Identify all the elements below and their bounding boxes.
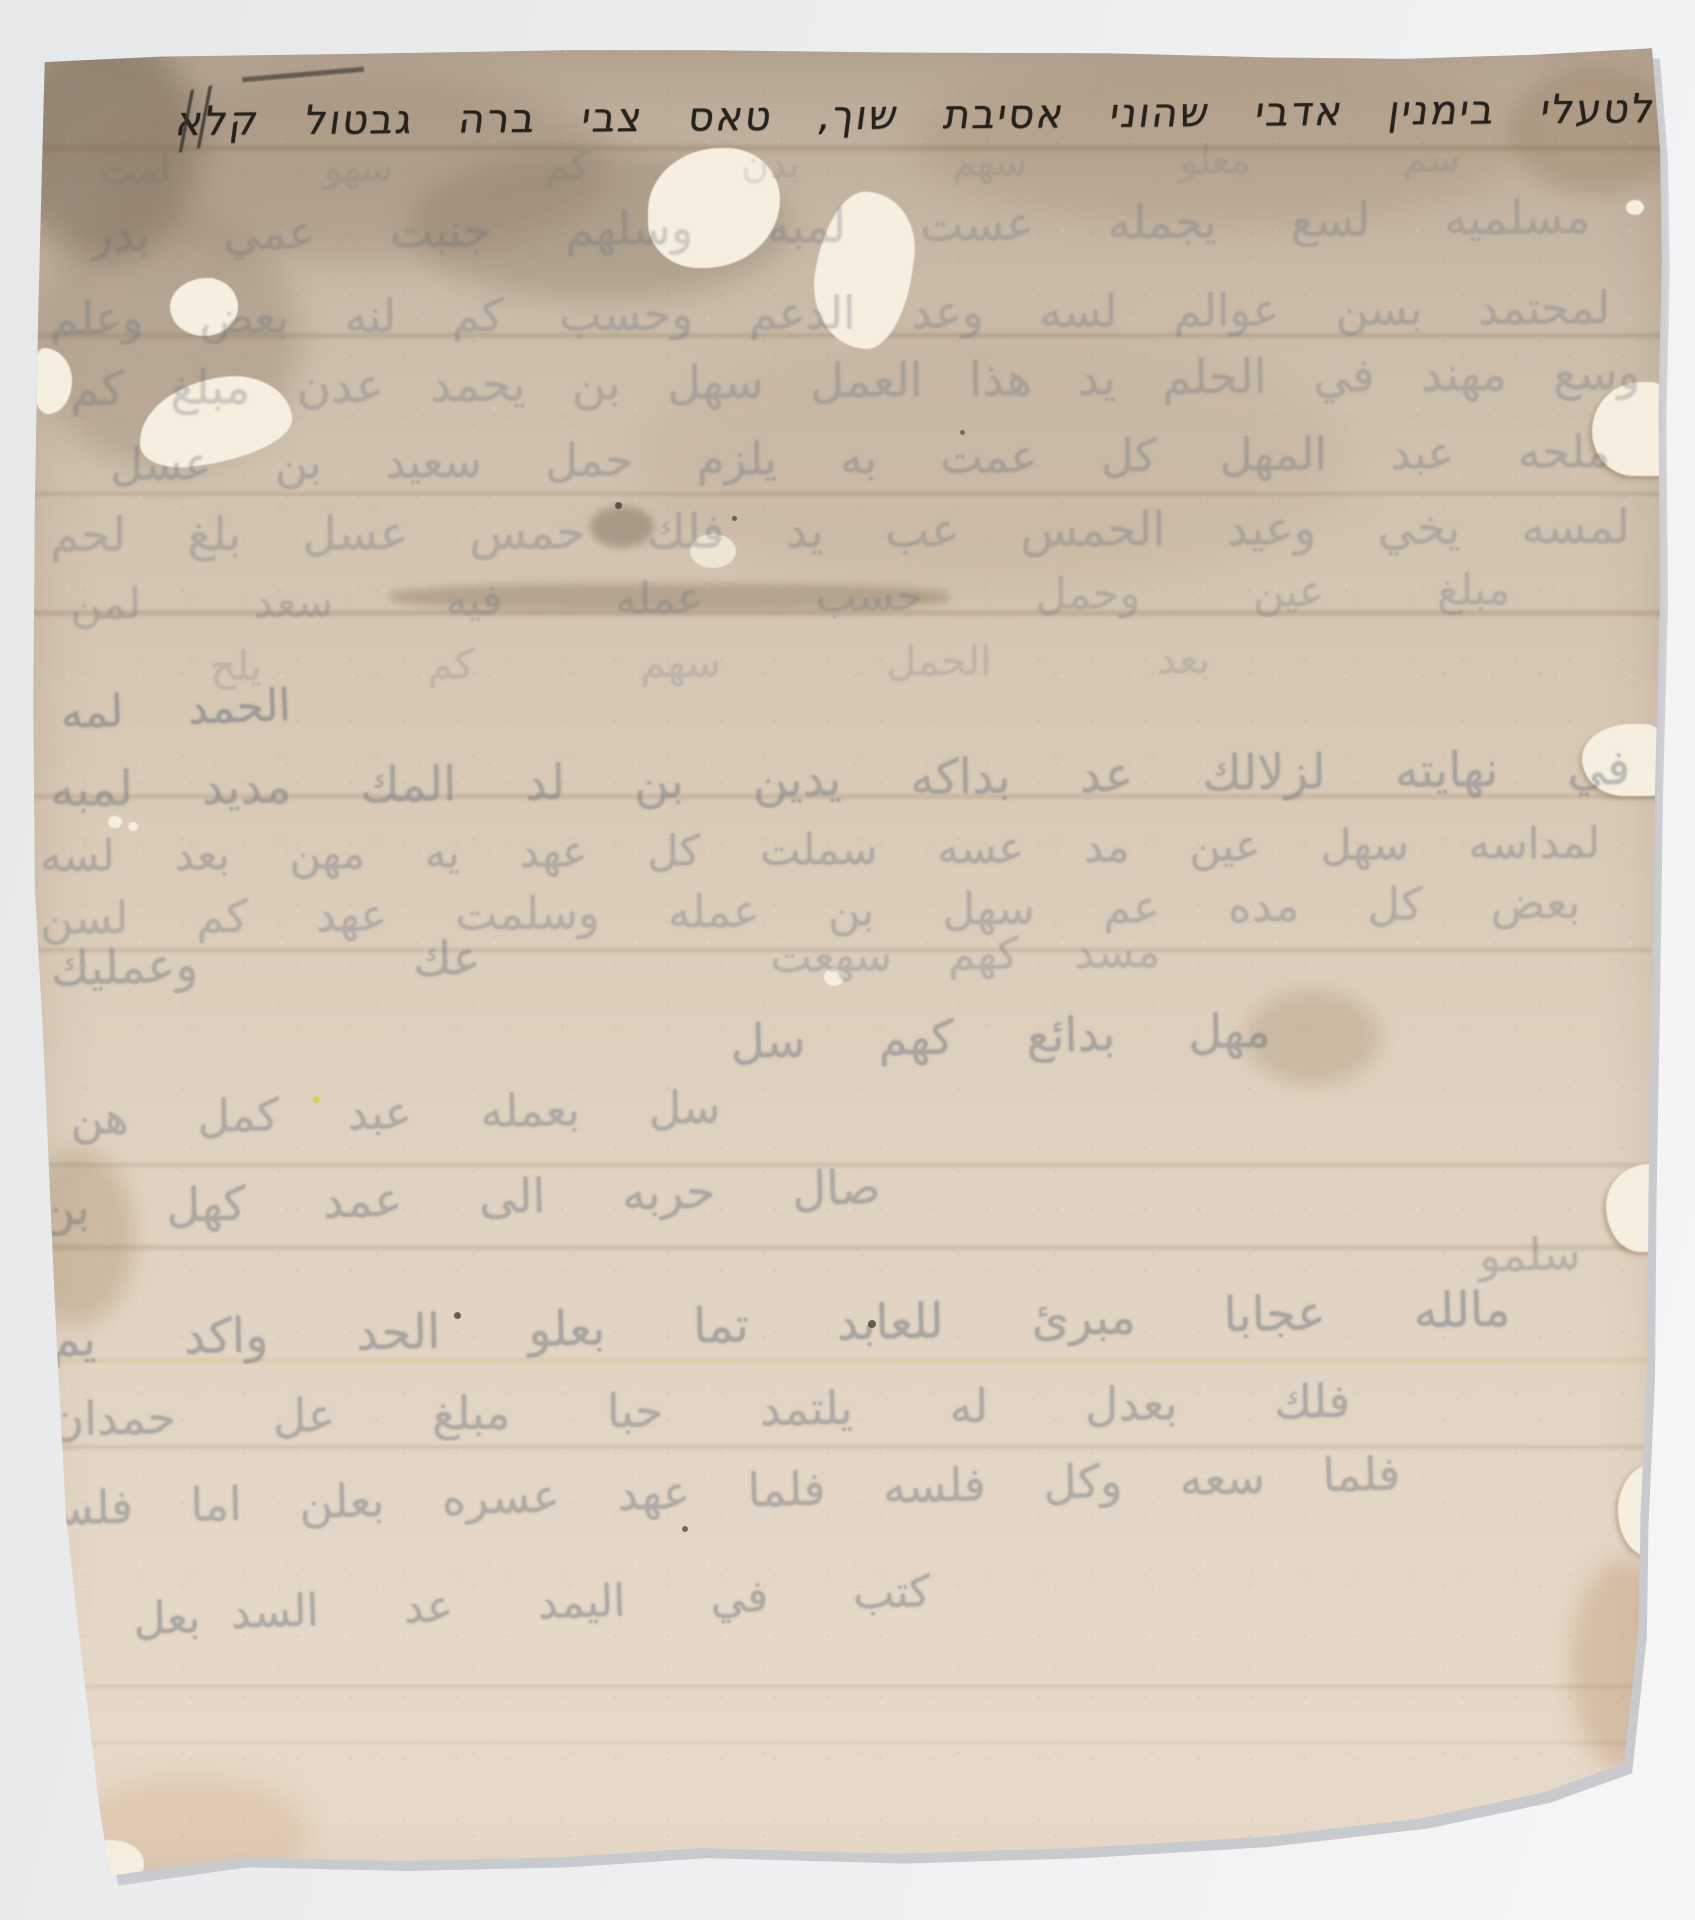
paper-stain	[30, 210, 300, 470]
faded-script-line: بعد الحمل سهم كم يلح	[210, 635, 1210, 690]
fold-crease	[30, 1740, 1665, 1746]
faded-script-line: الحمد لمه	[60, 680, 292, 739]
paper-stain	[1245, 990, 1380, 1085]
faded-script-line: عك وعمليك	[50, 931, 481, 997]
paper-stain	[1570, 1560, 1675, 1770]
fold-crease	[30, 946, 1665, 954]
faded-script-line: مبلغ عين وحمل حسب عمله فيه سعد لمن	[70, 565, 1510, 630]
faded-script-line: مسد كهم سهعت	[770, 927, 1161, 983]
ink-speck	[615, 502, 622, 509]
faded-script-line: فلما سعه وكل فلسه فلما عهد عسره بعلن اما…	[40, 1446, 1401, 1536]
header-script-line: לטעלי בימנין אדבי שהוני אסיבת שוך, טאס צ…	[172, 80, 1660, 155]
faded-script-line: ملحه عبد المهل كل عمت به يلزم حمل سعيد ب…	[110, 425, 1610, 491]
paper-loss-hole	[806, 186, 923, 354]
paper-stain	[410, 150, 790, 300]
ink-speck	[682, 1526, 688, 1532]
edge-tear	[1606, 1164, 1672, 1252]
faded-script-line: كتب في اليمد عد السد	[230, 1566, 931, 1639]
paper-stain	[10, 30, 200, 260]
pen-flourish-slashes: //	[178, 71, 219, 166]
paper-loss-hole	[648, 148, 780, 268]
ink-speck	[868, 1320, 876, 1328]
fold-crease	[30, 1243, 1665, 1252]
paper-loss-hole	[690, 534, 736, 568]
faded-script-line: مهل بدائع كهم سل	[730, 1004, 1271, 1070]
faded-script-line: فلك بعدل له يلتمد حبا مبلغ عل حمدان	[50, 1374, 1351, 1446]
faded-script-line: لمسه يخي وعيد الحمس عب يد فلك حمس عسل بل…	[50, 500, 1630, 563]
paper-loss-hole	[32, 348, 72, 414]
fold-crease	[30, 331, 1665, 340]
paper-loss-hole	[134, 370, 296, 472]
scanned-document-photo: לטעלי בימנין אדבי שהוני אסיבת שוך, טאס צ…	[0, 0, 1695, 1920]
fold-crease	[30, 792, 1665, 801]
paper-stain	[20, 1150, 135, 1325]
faded-script-line: مسلميه لسع يجمله عست لمبه وسلهم جنبت عمي…	[90, 190, 1591, 262]
pen-flourish-overline	[242, 67, 364, 83]
faded-script-line: وسع مهند في الحلم يد هذا العمل سهل بن يح…	[70, 346, 1640, 417]
paper-fiber-texture	[30, 40, 1665, 1885]
ink-speck	[732, 516, 737, 521]
ink-speck	[454, 1312, 461, 1319]
fold-crease	[30, 490, 1665, 498]
paper-stain	[590, 506, 654, 548]
yellow-fleck	[313, 1096, 320, 1103]
faded-script-line: بعض كل مده عم سهل بن عمله وسلمت عهد كم ل…	[40, 876, 1580, 945]
faded-script-line: سل بعمله عبد كمل هن	[70, 1081, 721, 1145]
faded-script-line: مالله عجابا مبرئ للعابد تما بعلو الحد وا…	[50, 1281, 1511, 1368]
manuscript-paper: לטעלי בימנין אדבי שהוני אסיבת שוך, טאס צ…	[30, 40, 1665, 1885]
paper-stain	[390, 583, 950, 611]
faded-script-line: صال حربه الى عمد كهل بن	[40, 1160, 881, 1237]
paper-loss-hole	[128, 822, 138, 831]
paper-loss-hole	[170, 278, 238, 336]
faded-script-line: لمحتمد بسن عوالم لسه وعد الدعم وحسب كم ل…	[50, 281, 1610, 345]
faded-script-line: بعل	[50, 1592, 201, 1646]
fold-crease	[30, 1683, 1665, 1690]
faded-script-line: في نهايته لزلالك عد بداكه يدين بن لد الم…	[50, 740, 1631, 818]
ink-speck	[960, 430, 965, 435]
fold-crease	[30, 1356, 1665, 1365]
faded-script-line: سلمو	[1380, 1227, 1581, 1285]
paper-loss-hole	[1626, 200, 1644, 215]
faded-script-line: لمداسه سهل عين مد عسه سملت كل عهد يه مهن…	[40, 818, 1600, 882]
paper-loss-hole	[824, 968, 844, 986]
fold-crease	[30, 1161, 1665, 1169]
fold-crease	[30, 1443, 1665, 1451]
paper-loss-hole	[108, 816, 122, 828]
fold-crease	[30, 608, 1665, 618]
paper-stain	[630, 330, 1350, 590]
